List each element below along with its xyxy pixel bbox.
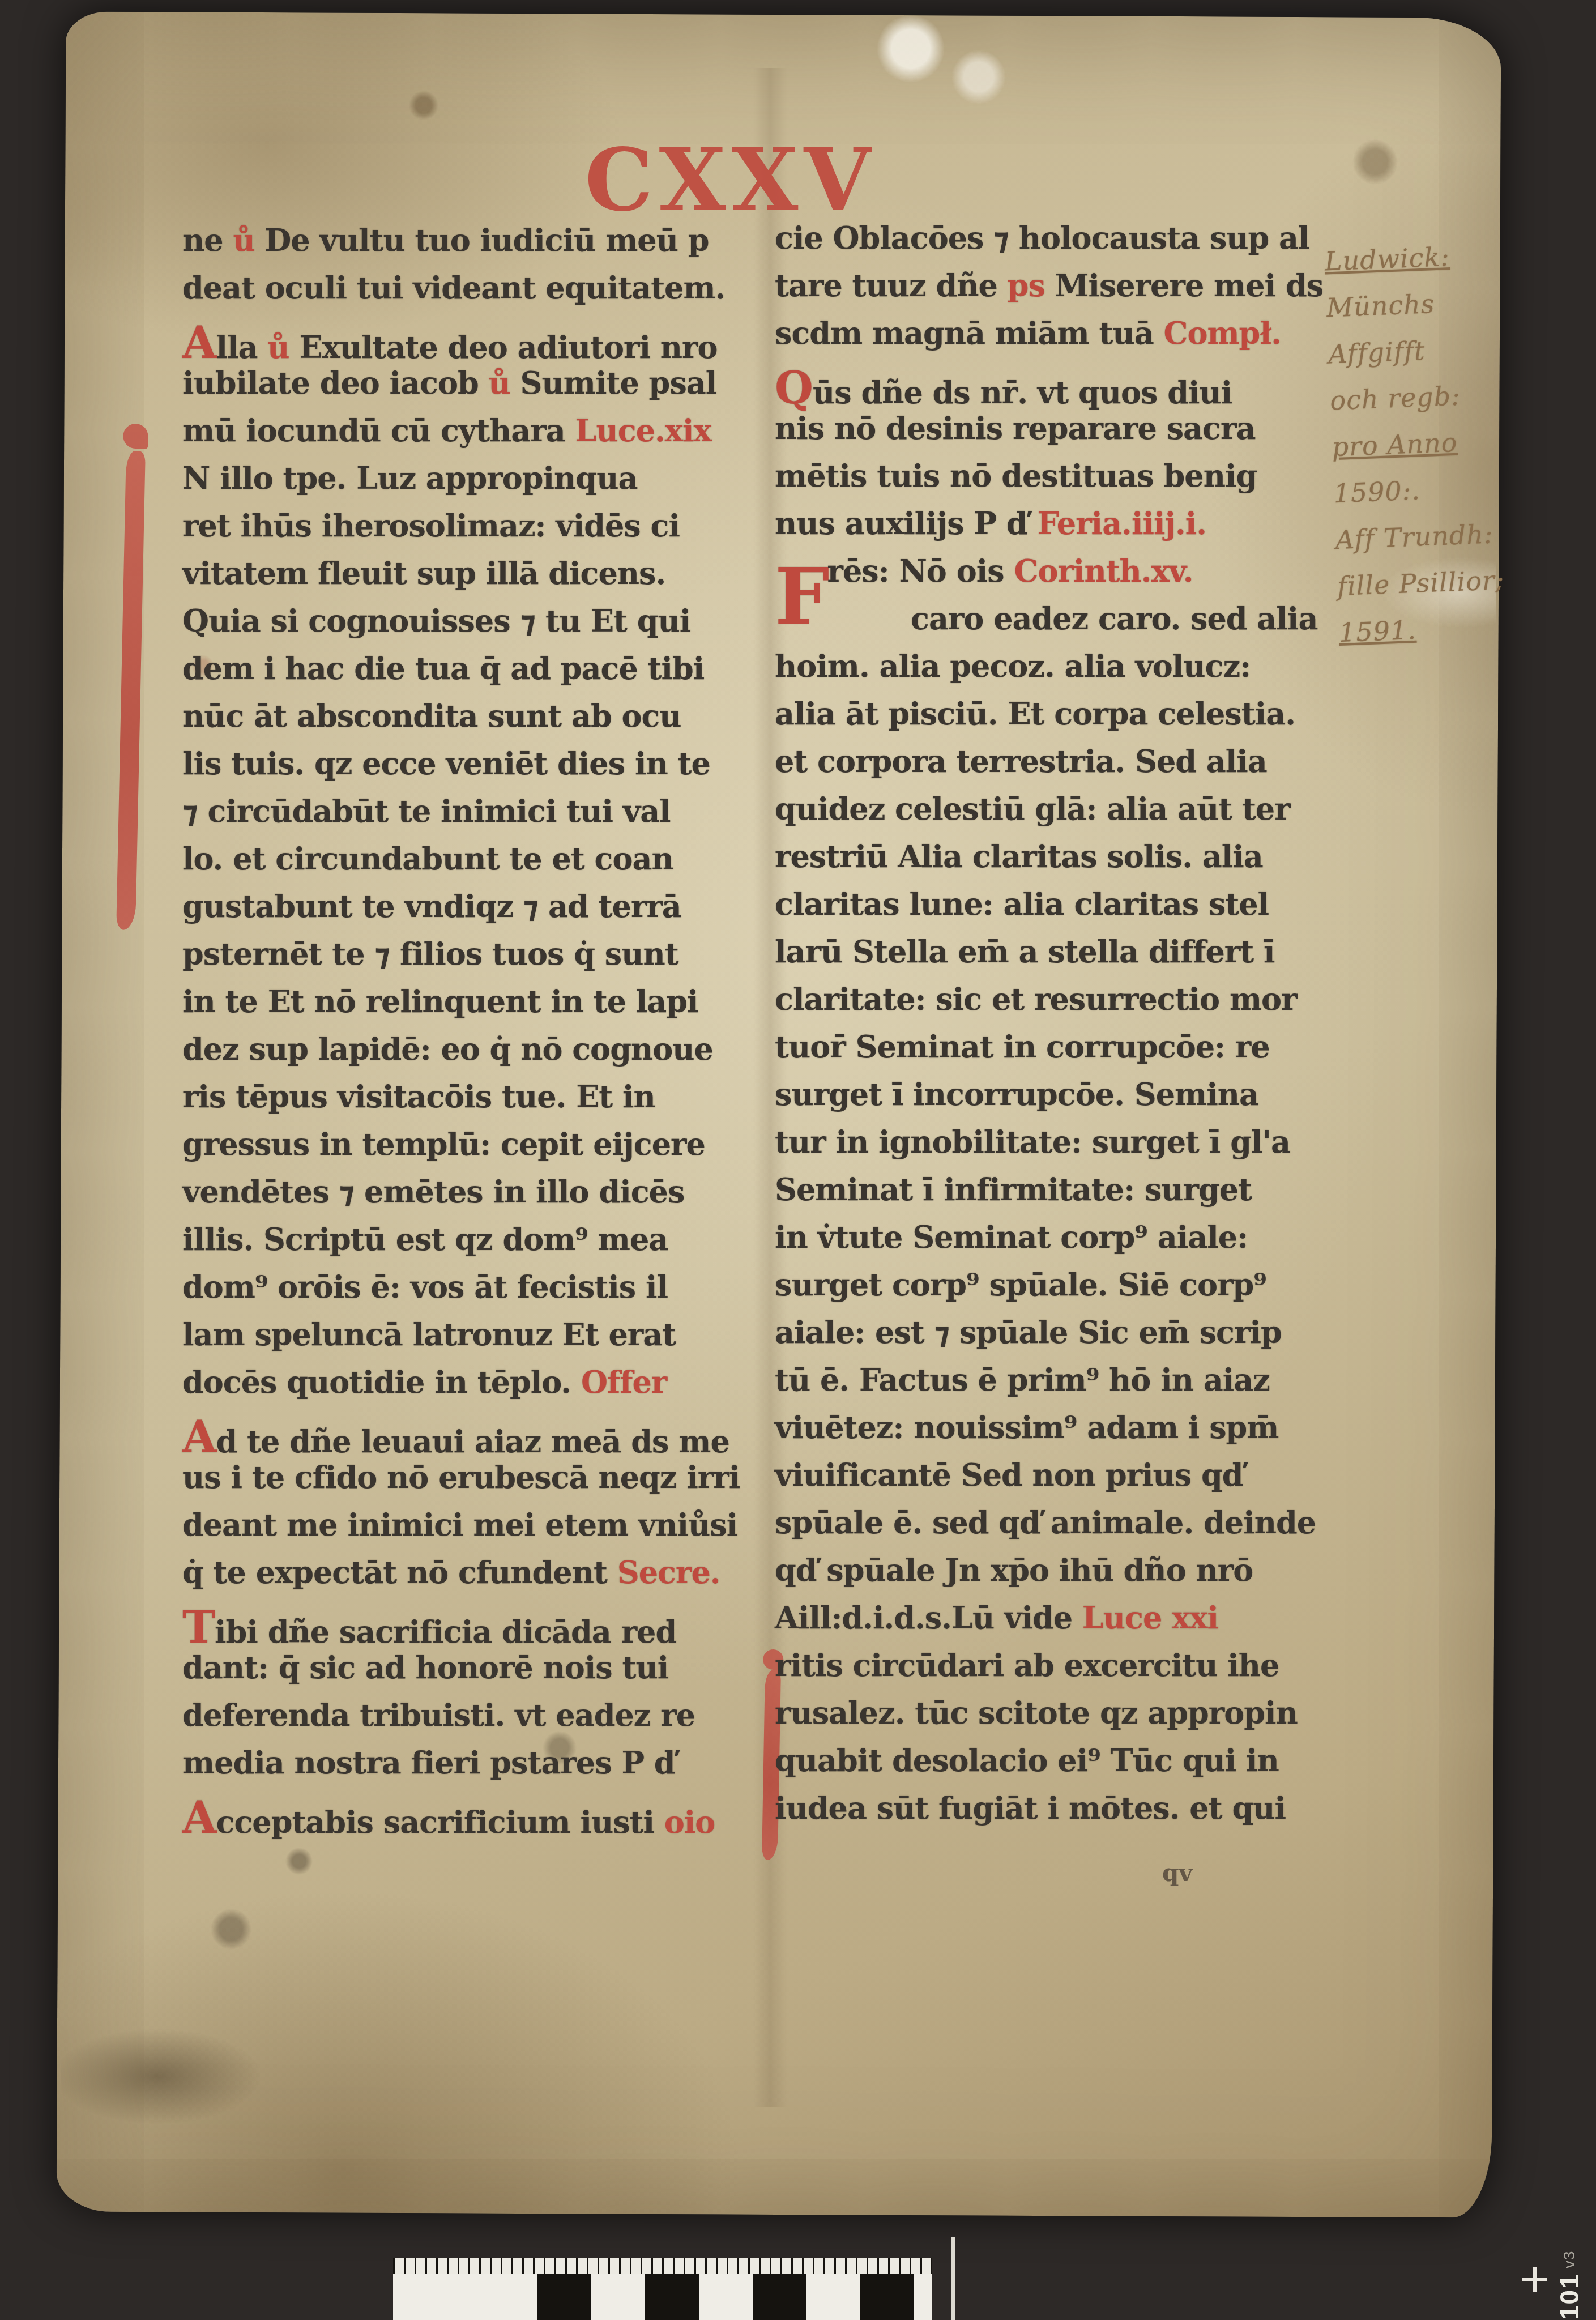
left-text-column: ne ů De vultu tuo iudiciū meū pdeat ocul… (182, 222, 766, 1840)
text-line: us i te cfido nō erubescā neqz irri (182, 1459, 766, 1507)
text-line: nis nō desinis reparare sacra (775, 410, 1358, 458)
text-line: lam speluncā latronuz Et erat (182, 1316, 766, 1364)
text-line: deferenda tribuisti. vt eadez re (182, 1697, 766, 1745)
text-line: tū ē. Factus ē prim⁹ hō in aiaz (775, 1362, 1358, 1409)
annotation-line: 1590:. (1333, 471, 1522, 525)
text-line: gustabunt te vndiqz ⁊ ad terrā (182, 888, 766, 936)
annotation-line: Ludwick: (1324, 239, 1513, 293)
text-line: psternēt te ⁊ filios tuos q̇ sunt (182, 936, 766, 983)
text-line: lis tuis. qz ecce veniēt dies in te (182, 745, 766, 793)
text-line: Quia si cognouisses ⁊ tu Et qui (182, 603, 766, 650)
folio-number: CXXV (583, 129, 878, 231)
ruler-end-marker (951, 2237, 955, 2320)
text-line: ne ů De vultu tuo iudiciū meū p (182, 222, 766, 270)
text-line: qď spūale Jn xp̄o ihū dño nrō (775, 1552, 1358, 1600)
text-line: media nostra fieri pstares P ď (182, 1745, 766, 1792)
text-line: in te Et nō relinquent in te lapi (182, 983, 766, 1031)
text-line: et corpora terrestria. Sed alia (775, 743, 1358, 791)
text-line: nūc āt abscondita sunt ab ocu (182, 698, 766, 745)
text-line: rusalez. tūc scitote qz appropin (775, 1695, 1358, 1742)
text-line: tuor̄ Seminat in corrupcōe: re (775, 1029, 1358, 1076)
text-line: tur in ignobilitate: surget ī gl'a (775, 1124, 1358, 1171)
annotation-line: fille Psillior; (1337, 564, 1525, 618)
text-line: iudea sūt fugiāt i mōtes. et qui (775, 1790, 1358, 1837)
text-line: deant me inimici mei etem vniůsi (182, 1507, 766, 1554)
text-line: nus auxilijs P ď Feria.iiij.i. (775, 505, 1358, 553)
text-line: docēs quotidie in tēplo. Offer (182, 1364, 766, 1411)
corner-target-cross-icon (1522, 2267, 1547, 2292)
text-line: ritis circūdari ab excercitu ihe (775, 1647, 1358, 1695)
text-line: surget corp⁹ spūale. Siē corp⁹ (775, 1266, 1358, 1314)
text-line: surget ī incorrupcōe. Semina (775, 1076, 1358, 1124)
ruler-block-strip (393, 2274, 932, 2320)
photograph-stage: CXXV ne ů De vultu tuo iudiciū meū pdeat… (0, 0, 1596, 2320)
annotation-line: Münchs (1326, 285, 1514, 339)
text-line: Qūs dñe ds nr̄. vt quos diui (775, 362, 1358, 410)
text-line: vitatem fleuit sup illā dicens. (182, 555, 766, 603)
text-line: caro eadez caro. sed alia (775, 600, 1358, 648)
text-line: dom⁹ orōis ē: vos āt fecistis il (182, 1269, 766, 1316)
text-line: in v̇tute Seminat corp⁹ aiale: (775, 1219, 1358, 1266)
annotation-line: Aff Trundh: (1335, 518, 1524, 572)
text-line: mū iocundū cū cythara Luce.xix (182, 412, 766, 460)
margin-annotation: Ludwick:MünchsAffgifftoch regb:pro Anno1… (1324, 239, 1527, 664)
text-line: larū Stella em̄ a stella differt ī (775, 933, 1358, 981)
text-line: Frēs: Nō ois Corinth.xv. (775, 553, 1358, 600)
annotation-line: och regb: (1329, 378, 1518, 432)
text-line: Alla ů Exultate deo adiutori nro (182, 317, 766, 365)
scale-ruler (393, 2258, 932, 2320)
text-line: scdm magnā miām tuā Compł. (775, 315, 1358, 362)
text-line: claritate: sic et resurrectio mor (775, 981, 1358, 1029)
text-line: mētis tuis nō destituas benig (775, 458, 1358, 505)
text-line: claritas lune: alia claritas stel (775, 886, 1358, 933)
text-line: N illo tpe. Luz appropinqua (182, 460, 766, 507)
text-line: viuificantē Sed non prius qď (775, 1457, 1358, 1504)
text-line: Aill:d.i.d.s.Lū vide Luce xxi (775, 1600, 1358, 1647)
annotation-line: 1591. (1338, 610, 1527, 664)
text-line: ret ihūs iherosolimaz: vidēs ci (182, 507, 766, 555)
text-line: cie Oblacōes ⁊ holocausta sup al (775, 220, 1358, 267)
text-line: deat oculi tui videant equitatem. (182, 270, 766, 317)
right-text-column: cie Oblacōes ⁊ holocausta sup altare tuu… (775, 220, 1358, 1837)
annotation-line: Affgifft (1328, 332, 1516, 386)
text-line: ⁊ circūdabūt te inimici tui val (182, 793, 766, 841)
text-line: dem i hac die tua q̄ ad pacē tibi (182, 650, 766, 698)
text-line: illis. Scriptū est qz dom⁹ mea (182, 1221, 766, 1269)
text-line: quabit desolacio ei⁹ Tūc qui in (775, 1742, 1358, 1790)
text-line: hoim. alia pecoz. alia volucz: (775, 648, 1358, 696)
annotation-line: pro Anno (1332, 425, 1520, 479)
signature-mark: qv (1162, 1859, 1193, 1887)
corner-label-number: 101 (1554, 2273, 1585, 2320)
text-line: iubilate deo iacob ů Sumite psal (182, 365, 766, 412)
text-line: dez sup lapidē: eo q̇ nō cognoue (182, 1031, 766, 1078)
text-line: Acceptabis sacrificium iusti oio (182, 1792, 766, 1840)
text-line: gressus in templū: cepit eijcere (182, 1126, 766, 1174)
text-line: restriū Alia claritas solis. alia (775, 838, 1358, 886)
text-line: quidez celestiū glā: alia aūt ter (775, 791, 1358, 838)
text-line: vendētes ⁊ emētes in illo dicēs (182, 1174, 766, 1221)
text-line: lo. et circundabunt te et coan (182, 841, 766, 888)
corner-label: 101 v3 (1554, 2261, 1585, 2320)
text-line: viuētez: nouissim⁹ adam i spm̄ (775, 1409, 1358, 1457)
text-line: Seminat ī infirmitate: surget (775, 1171, 1358, 1219)
corner-label-code: v3 (1560, 2251, 1578, 2269)
text-line: tare tuuz dñe ps Miserere mei ds (775, 267, 1358, 315)
text-line: Tibi dñe sacrificia dicāda red (182, 1602, 766, 1649)
text-line: aiale: est ⁊ spūale Sic em̄ scrip (775, 1314, 1358, 1362)
text-line: ris tēpus visitacōis tue. Et in (182, 1078, 766, 1126)
text-line: alia āt pisciū. Et corpa celestia. (775, 696, 1358, 743)
text-line: spūale ē. sed qď animale. deinde (775, 1504, 1358, 1552)
text-line: dant: q̄ sic ad honorē nois tui (182, 1649, 766, 1697)
text-line: Ad te dñe leuaui aiaz meā ds me (182, 1411, 766, 1459)
ruler-tick-strip (393, 2258, 932, 2274)
text-line: q̇ te expectāt nō cfundent Secre. (182, 1554, 766, 1602)
